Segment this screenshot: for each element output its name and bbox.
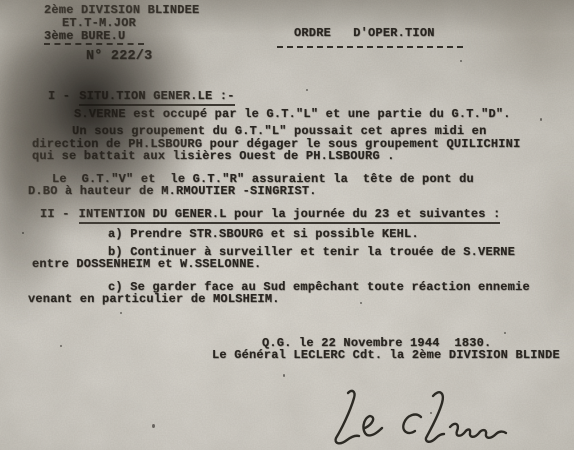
paper-speck [504, 332, 506, 334]
paper-speck [460, 60, 462, 62]
section-2-heading-line: II -INTENTION DU GENER.L pour la journée… [40, 208, 500, 221]
section-1-heading: SITU.TION GENER.LE :- [79, 89, 234, 106]
paper-grain-texture [0, 0, 574, 450]
section-2-heading: INTENTION DU GENER.L pour la journée du … [79, 207, 501, 224]
order-number: N° 222/3 [86, 50, 152, 63]
bureau-underline [44, 43, 144, 45]
s2-item-b-l2: entre DOSSENHEIM et W.SSELONNE. [32, 258, 261, 271]
bureau-line: 3ème BURE.U [44, 30, 125, 43]
title-underline [277, 46, 463, 48]
s2-item-a: a) Prendre STR.SBOURG et si possible KEH… [108, 228, 419, 241]
paper-speck [283, 374, 285, 377]
scanned-order-document: 2ème DIVISION BLINDEE ET.T-M.JOR 3ème BU… [0, 0, 574, 450]
paper-speck [120, 312, 122, 314]
section-1-heading-line: I -SITU.TION GENER.LE :- [48, 90, 235, 103]
section-2-numeral: II - [40, 207, 70, 221]
section-1-numeral: I - [48, 89, 70, 103]
document-title: ORDRE D'OPER.TION [294, 27, 435, 40]
paper-speck [540, 118, 542, 121]
s1-para1: S.VERNE est occupé par le G.T."L" et une… [74, 108, 511, 121]
leclerc-signature-handwriting [318, 386, 530, 448]
s2-item-c-l2: venant en particulier de MOLSHEIM. [28, 293, 280, 306]
paper-speck [60, 345, 62, 347]
signatory-line: Le Général LECLERC Cdt. la 2ème DIVISION… [212, 349, 560, 362]
paper-speck [360, 302, 362, 304]
paper-speck [152, 424, 155, 428]
s1-para2-l3: qui se battait aux lisières Ouest de PH.… [32, 150, 395, 163]
photo-shade-top-right [440, 0, 574, 110]
s1-para3-l2: D.BO à hauteur de M.RMOUTIER -SINGRIST. [28, 185, 317, 198]
photo-shade-right-edge [520, 120, 574, 380]
paper-speck [22, 232, 24, 234]
paper-speck [306, 89, 308, 91]
